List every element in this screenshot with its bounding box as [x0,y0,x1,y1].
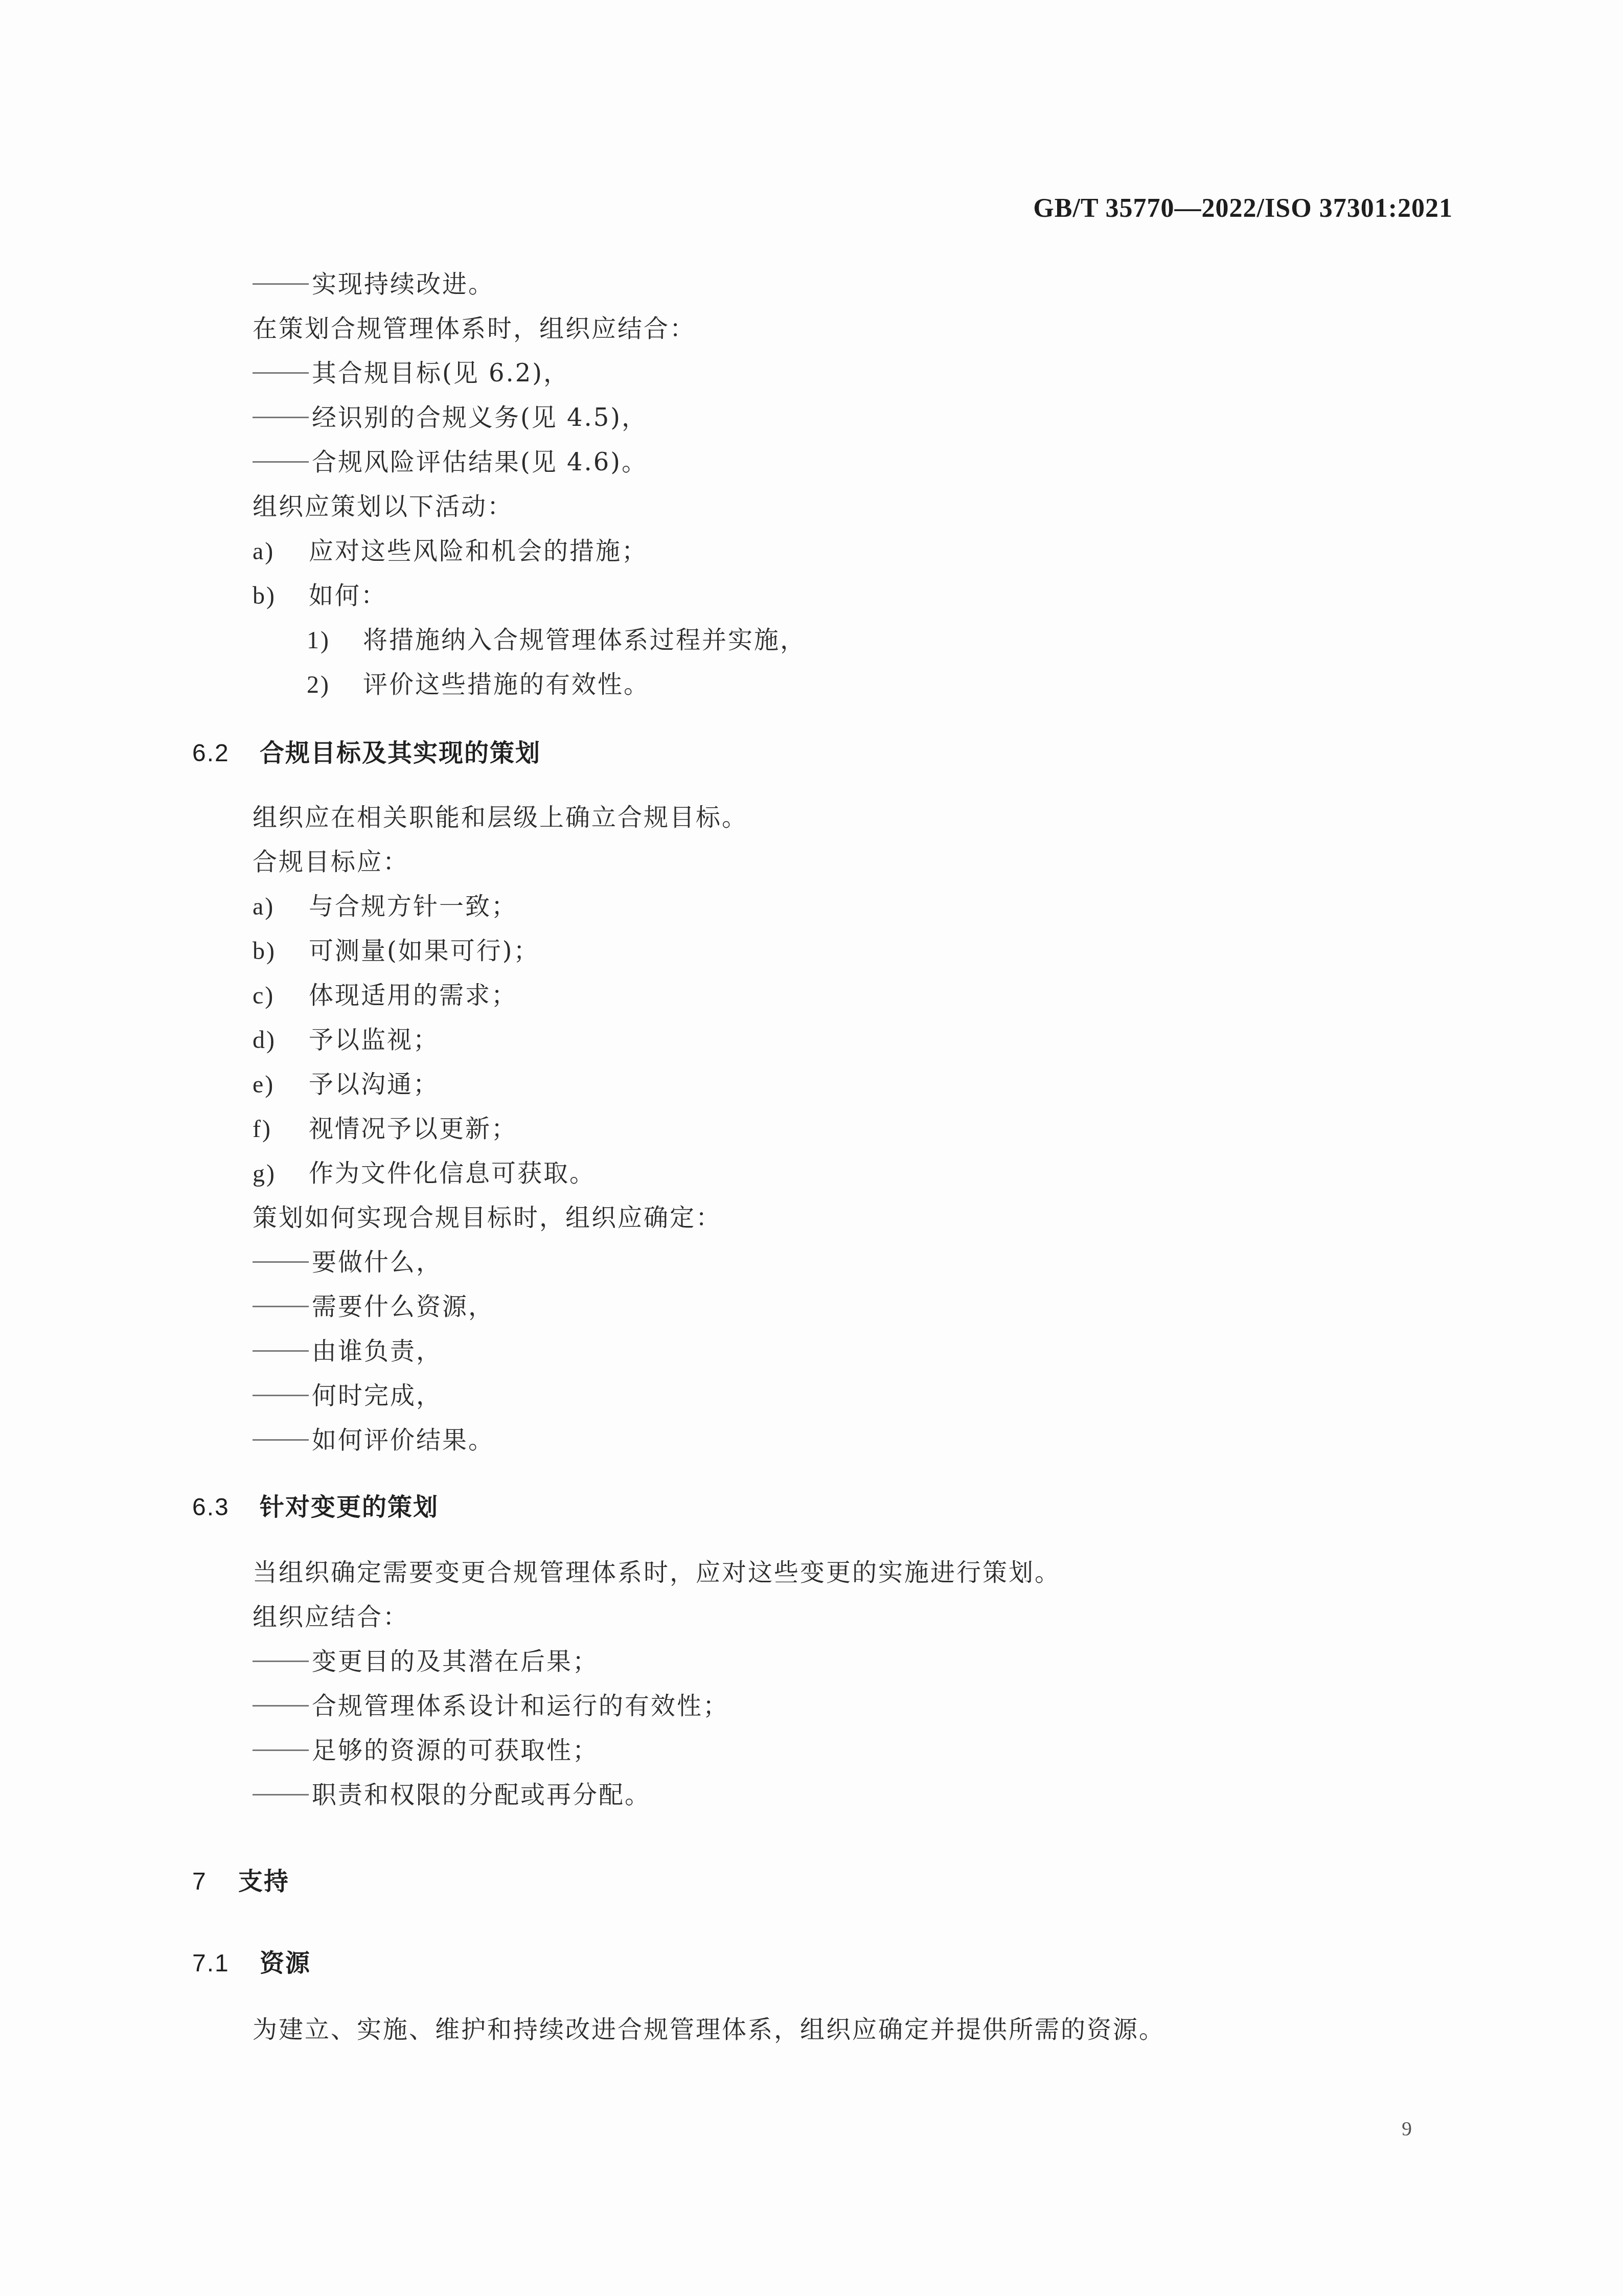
list-item: 其合规目标(见 6.2)， [253,358,569,389]
em-dash-bullet [253,283,309,285]
list-item: g)作为文件化信息可获取。 [253,1158,596,1189]
em-dash-bullet [253,1439,309,1441]
list-item: 变更目的及其潜在后果； [253,1646,599,1677]
list-item: a)应对这些风险和机会的措施； [253,536,648,567]
em-dash-bullet [253,461,309,463]
em-dash-bullet [253,1794,309,1795]
section-heading-6-2: 6.2合规目标及其实现的策划 [192,738,541,769]
em-dash-bullet [253,1306,309,1307]
em-dash-bullet [253,1661,309,1662]
document-page: GB/T 35770—2022/ISO 37301:2021 实现持续改进。 在… [0,0,1623,2296]
list-item: d)予以监视； [253,1025,439,1056]
list-item: 需要什么资源， [253,1291,494,1322]
list-item: b)可测量(如果可行)； [253,936,539,967]
em-dash-bullet [253,1749,309,1751]
paragraph: 在策划合规管理体系时，组织应结合： [253,313,696,344]
list-item: 合规风险评估结果(见 4.6)。 [253,447,648,478]
list-item: 经识别的合规义务(见 4.5)， [253,402,648,433]
list-item: 1)将措施纳入合规管理体系过程并实施， [307,625,806,656]
list-item: 由谁负责， [253,1336,442,1367]
standard-code-header: GB/T 35770—2022/ISO 37301:2021 [1033,193,1453,223]
list-item: b)如何： [253,580,387,611]
list-item: 实现持续改进。 [253,269,494,300]
list-item: 要做什么， [253,1247,442,1278]
paragraph: 组织应在相关职能和层级上确立合规目标。 [253,802,748,833]
list-item: a)与合规方针一致； [253,891,517,922]
em-dash-bullet [253,1705,309,1707]
page-number: 9 [1402,2117,1412,2141]
list-item: 2)评价这些措施的有效性。 [307,669,650,700]
paragraph: 策划如何实现合规目标时，组织应确定： [253,1202,722,1233]
list-item: 如何评价结果。 [253,1425,494,1456]
section-heading-7-1: 7.1资源 [192,1948,311,1979]
list-item: 职责和权限的分配或再分配。 [253,1780,651,1810]
list-item: 足够的资源的可获取性； [253,1735,599,1766]
em-dash-bullet [253,1350,309,1352]
list-item: 合规管理体系设计和运行的有效性； [253,1691,729,1721]
paragraph: 合规目标应： [253,847,409,877]
section-heading-7: 7支持 [192,1866,289,1897]
paragraph: 组织应结合： [253,1602,409,1632]
paragraph: 当组织确定需要变更合规管理体系时，应对这些变更的实施进行策划。 [253,1557,1061,1588]
em-dash-bullet [253,372,309,374]
list-item: 何时完成， [253,1380,442,1411]
em-dash-bullet [253,1395,309,1396]
section-heading-6-3: 6.3针对变更的策划 [192,1492,439,1523]
em-dash-bullet [253,417,309,418]
paragraph: 为建立、实施、维护和持续改进合规管理体系，组织应确定并提供所需的资源。 [253,2014,1165,2045]
list-item: c)体现适用的需求； [253,980,517,1011]
em-dash-bullet [253,1261,309,1263]
list-item: f)视情况予以更新； [253,1113,517,1145]
paragraph: 组织应策划以下活动： [253,491,513,522]
list-item: e)予以沟通； [253,1069,439,1100]
